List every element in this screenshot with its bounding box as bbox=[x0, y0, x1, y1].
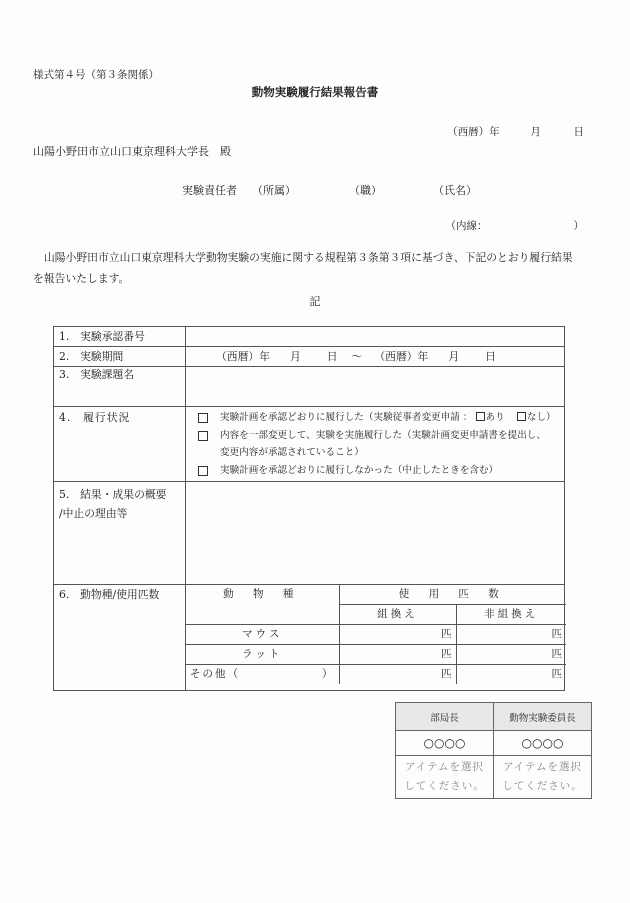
checkbox-not-completed[interactable] bbox=[198, 466, 208, 476]
label-period: 2. 実験期間 bbox=[54, 347, 186, 367]
committee-chair-select[interactable]: アイテムを選択 してください。 bbox=[494, 756, 592, 799]
count-header: 使 用 匹 数 bbox=[339, 585, 566, 605]
status-option-completed[interactable]: 実験計画を承認どおりに履行した（実験従事者変更申請 ： あり なし） bbox=[186, 409, 564, 427]
status-option-not-completed[interactable]: 実験計画を承認どおりに履行しなかった（中止したときを含む） bbox=[186, 462, 564, 480]
animal-row-other: その他（） 匹 匹 bbox=[186, 665, 566, 685]
report-date: （西暦）年 月 日 bbox=[447, 124, 584, 139]
mouse-recombinant-count[interactable]: 匹 bbox=[339, 625, 456, 645]
rat-recombinant-count[interactable]: 匹 bbox=[339, 645, 456, 665]
non-recombinant-header: 非組換え bbox=[456, 605, 566, 625]
label-approval-number: 1. 実験承認番号 bbox=[54, 327, 186, 347]
results-field[interactable] bbox=[186, 482, 565, 585]
extension-field[interactable]: （内線：） bbox=[446, 218, 585, 233]
experiment-title-field[interactable] bbox=[186, 367, 565, 407]
animals-cell: 動 物 種 使 用 匹 数 組換え 非組換え マウス 匹 匹 ラット 匹 匹 bbox=[186, 585, 565, 691]
row-approval-number: 1. 実験承認番号 bbox=[54, 327, 565, 347]
addressee: 山陽小野田市立山口東京理科大学長 殿 bbox=[33, 143, 231, 159]
animal-row-mouse: マウス 匹 匹 bbox=[186, 625, 566, 645]
row-period: 2. 実験期間 （西暦）年月日〜（西暦）年月日 bbox=[54, 347, 565, 367]
rat-non-recombinant-count[interactable]: 匹 bbox=[456, 645, 566, 665]
species-rat: ラット bbox=[186, 645, 339, 665]
approval-table: 部局長 動物実験委員長 ○○○○ ○○○○ アイテムを選択 してください。 アイ… bbox=[395, 702, 592, 799]
date-day: 日 bbox=[574, 124, 585, 139]
dept-head-select[interactable]: アイテムを選択 してください。 bbox=[396, 756, 494, 799]
label-results: 5. 結果・成果の概要 /中止の理由等 bbox=[54, 482, 186, 585]
mouse-non-recombinant-count[interactable]: 匹 bbox=[456, 625, 566, 645]
approval-number-field[interactable] bbox=[186, 327, 565, 347]
row-title: 3. 実験課題名 bbox=[54, 367, 565, 407]
period-field[interactable]: （西暦）年月日〜（西暦）年月日 bbox=[186, 347, 565, 367]
checkbox-modified[interactable] bbox=[198, 431, 208, 441]
status-options: 実験計画を承認どおりに履行した（実験従事者変更申請 ： あり なし） 内容を一部… bbox=[186, 407, 565, 482]
document-title: 動物実験履行結果報告書 bbox=[0, 84, 630, 100]
status-option-modified[interactable]: 内容を一部変更して、実験を実施履行した（実験計画変更申請書を提出し、 bbox=[186, 427, 564, 445]
name-field[interactable]: （氏名） bbox=[433, 182, 477, 198]
date-year: （西暦）年 bbox=[447, 124, 500, 139]
row-animals: 6. 動物種/使用匹数 動 物 種 使 用 匹 数 組換え 非組換え マウス 匹… bbox=[54, 585, 565, 691]
species-mouse: マウス bbox=[186, 625, 339, 645]
checkbox-change-yes[interactable] bbox=[476, 412, 485, 421]
species-header: 動 物 種 bbox=[186, 585, 339, 625]
other-recombinant-count[interactable]: 匹 bbox=[339, 665, 456, 685]
responsible-person: 実験責任者 （所属） （職） （氏名） bbox=[182, 182, 477, 198]
dept-head-header: 部局長 bbox=[396, 703, 494, 731]
label-title: 3. 実験課題名 bbox=[54, 367, 186, 407]
body-text: 山陽小野田市立山口東京理科大学動物実験の実施に関する規程第３条第３項に基づき、下… bbox=[33, 247, 583, 289]
animals-table: 動 物 種 使 用 匹 数 組換え 非組換え マウス 匹 匹 ラット 匹 匹 bbox=[186, 585, 566, 684]
report-table: 1. 実験承認番号 2. 実験期間 （西暦）年月日〜（西暦）年月日 3. 実験課… bbox=[53, 326, 565, 691]
committee-chair-name: ○○○○ bbox=[494, 731, 592, 756]
checkbox-change-no[interactable] bbox=[517, 412, 526, 421]
row-results: 5. 結果・成果の概要 /中止の理由等 bbox=[54, 482, 565, 585]
date-month: 月 bbox=[530, 124, 541, 139]
responsible-label: 実験責任者 bbox=[182, 182, 237, 198]
affiliation-field[interactable]: （所属） bbox=[252, 182, 296, 198]
recombinant-header: 組換え bbox=[339, 605, 456, 625]
dept-head-name: ○○○○ bbox=[396, 731, 494, 756]
row-status: 4. 履行状況 実験計画を承認どおりに履行した（実験従事者変更申請 ： あり な… bbox=[54, 407, 565, 482]
label-animals: 6. 動物種/使用匹数 bbox=[54, 585, 186, 691]
checkbox-completed[interactable] bbox=[198, 413, 208, 423]
status-option-modified-cont: 変更内容が承認されていること） bbox=[186, 444, 564, 462]
ki-heading: 記 bbox=[0, 293, 630, 309]
animal-row-rat: ラット 匹 匹 bbox=[186, 645, 566, 665]
species-other[interactable]: その他（） bbox=[186, 665, 339, 685]
other-non-recombinant-count[interactable]: 匹 bbox=[456, 665, 566, 685]
label-status: 4. 履行状況 bbox=[54, 407, 186, 482]
form-number: 様式第４号（第３条関係） bbox=[33, 67, 159, 82]
position-field[interactable]: （職） bbox=[349, 182, 382, 198]
committee-chair-header: 動物実験委員長 bbox=[494, 703, 592, 731]
